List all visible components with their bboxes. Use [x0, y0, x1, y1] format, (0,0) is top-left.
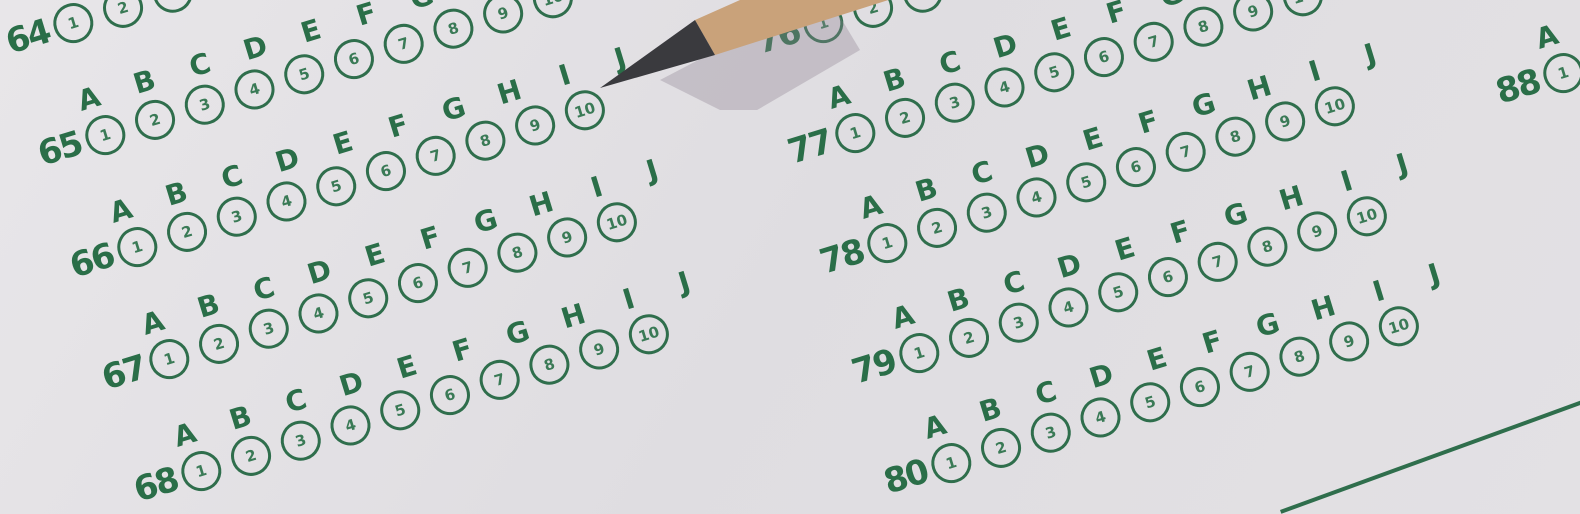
answer-bubble[interactable]: 2	[976, 423, 1026, 473]
answer-bubble[interactable]: 5	[1029, 47, 1079, 97]
answer-bubble[interactable]: 6	[425, 370, 475, 420]
question-row: ABCDEFGHIJ8012345678910	[868, 430, 891, 507]
question-number: 68	[129, 460, 183, 511]
answer-bubble[interactable]: 8	[1210, 112, 1260, 162]
answer-bubble[interactable]: 4	[980, 63, 1030, 113]
answer-bubble[interactable]: 4	[1012, 173, 1062, 223]
answer-bubble[interactable]: 2	[130, 95, 180, 145]
answer-bubble[interactable]: 9	[542, 212, 592, 262]
question-number: 78	[815, 232, 869, 283]
answer-bubble[interactable]: 9	[1292, 206, 1342, 256]
answer-bubble[interactable]: 10	[560, 85, 610, 135]
answer-bubble[interactable]: 7	[443, 243, 493, 293]
question-number: 76	[751, 12, 805, 63]
answer-bubble[interactable]: 8	[460, 116, 510, 166]
answer-bubble[interactable]: 1	[80, 110, 130, 160]
answer-bubble[interactable]: 9	[574, 324, 624, 374]
answer-bubble[interactable]: 1	[798, 0, 848, 48]
choice-letter: J	[1402, 250, 1467, 299]
answer-bubble[interactable]: 4	[262, 177, 312, 227]
answer-bubble[interactable]: 7	[411, 131, 461, 181]
answer-bubble[interactable]: 2	[880, 93, 930, 143]
answer-bubble[interactable]: 5	[311, 161, 361, 211]
answer-bubble[interactable]: 7	[1225, 347, 1275, 397]
answer-bubble[interactable]: 6	[393, 258, 443, 308]
answer-bubble[interactable]: 7	[475, 355, 525, 405]
answer-bubble[interactable]: 2	[226, 431, 276, 481]
question-row: ABCDEFGHIJ7812345678910	[804, 210, 827, 287]
answer-bubble[interactable]: 4	[1044, 283, 1094, 333]
question-number: 66	[65, 236, 119, 287]
answer-bubble[interactable]: 3	[1026, 408, 1076, 458]
answer-bubble[interactable]: 5	[343, 273, 393, 323]
answer-bubble[interactable]: 1	[176, 446, 226, 496]
answer-bubble[interactable]: 2	[944, 313, 994, 363]
answer-bubble[interactable]: 10	[528, 0, 578, 23]
question-number: 88	[1491, 62, 1545, 113]
answer-bubble[interactable]: 1	[894, 328, 944, 378]
answer-bubble[interactable]: 6	[1175, 362, 1225, 412]
answer-bubble[interactable]: 1	[1538, 48, 1580, 98]
question-number: 67	[97, 348, 151, 399]
choice-letter: J	[588, 34, 653, 83]
answer-bubble[interactable]: 9	[1260, 96, 1310, 146]
answer-bubble[interactable]: 3	[276, 416, 326, 466]
answer-bubble[interactable]: 9	[510, 100, 560, 150]
answer-bubble[interactable]: 4	[198, 0, 248, 2]
answer-bubble[interactable]: 3	[244, 304, 294, 354]
answer-bubble[interactable]: 5	[1125, 377, 1175, 427]
question-row: ABCDEFGHIJ7712345678910	[772, 100, 795, 177]
question-number: 65	[33, 124, 87, 175]
answer-bubble[interactable]: 7	[1129, 17, 1179, 67]
answer-bubble[interactable]: 10	[1342, 191, 1392, 241]
answer-bubble[interactable]: 2	[912, 203, 962, 253]
answer-bubble[interactable]: 3	[180, 80, 230, 130]
question-row: ABCDEFGHIJ7612345678910	[740, 0, 763, 67]
answer-bubble[interactable]: 3	[148, 0, 198, 18]
question-row: ABCDEFGHIJ6812345678910	[118, 438, 141, 514]
answer-bubble[interactable]: 4	[948, 0, 998, 2]
answer-bubble[interactable]: 1	[830, 108, 880, 158]
answer-bubble[interactable]: 6	[1143, 252, 1193, 302]
answer-bubble[interactable]: 2	[194, 319, 244, 369]
question-row: ABCDEFGHIJ6712345678910	[86, 326, 109, 403]
question-row: ABCDEFGHIJ7912345678910	[836, 320, 859, 397]
question-row: ABCDEFGHIJ6612345678910	[54, 214, 77, 291]
answer-bubble[interactable]: 6	[1111, 142, 1161, 192]
answer-bubble[interactable]: 3	[994, 298, 1044, 348]
answer-bubble[interactable]: 5	[1061, 157, 1111, 207]
answer-bubble[interactable]: 10	[1278, 0, 1328, 21]
answer-bubble[interactable]: 9	[1228, 0, 1278, 36]
choice-letter: J	[652, 258, 717, 307]
answer-bubble[interactable]: 5	[279, 49, 329, 99]
answer-bubble[interactable]: 3	[930, 78, 980, 128]
answer-bubble[interactable]: 5	[1093, 267, 1143, 317]
answer-bubble[interactable]: 10	[624, 309, 674, 359]
answer-bubble[interactable]: 7	[1193, 237, 1243, 287]
answer-bubble[interactable]: 8	[1274, 332, 1324, 382]
answer-bubble[interactable]: 8	[492, 228, 542, 278]
answer-bubble[interactable]: 1	[862, 218, 912, 268]
answer-bubble[interactable]: 3	[962, 188, 1012, 238]
question-number: 77	[783, 122, 837, 173]
question-row: ABCDEFGHIJ8812345678910	[1480, 40, 1503, 117]
answer-bubble[interactable]: 5	[375, 385, 425, 435]
answer-sheet: ABCDEFGHIJ6412345678910ABCDEFGHIJ6512345…	[0, 0, 1580, 514]
answer-bubble[interactable]: 10	[1374, 301, 1424, 351]
answer-bubble[interactable]: 6	[1079, 32, 1129, 82]
answer-bubble[interactable]: 8	[1242, 222, 1292, 272]
answer-bubble[interactable]: 1	[926, 438, 976, 488]
answer-bubble[interactable]: 4	[294, 289, 344, 339]
answer-bubble[interactable]: 7	[379, 19, 429, 69]
answer-bubble[interactable]: 4	[1076, 393, 1126, 443]
choice-letter: J	[620, 146, 685, 195]
answer-bubble[interactable]: 9	[1324, 316, 1374, 366]
answer-bubble[interactable]: 8	[428, 4, 478, 54]
question-number: 64	[1, 12, 55, 63]
answer-bubble[interactable]: 4	[326, 401, 376, 451]
answer-bubble[interactable]: 3	[898, 0, 948, 18]
answer-bubble[interactable]: 1	[112, 222, 162, 272]
question-number: 80	[879, 452, 933, 503]
answer-bubble[interactable]: 2	[162, 207, 212, 257]
answer-bubble[interactable]: 8	[1178, 2, 1228, 52]
choice-letter: J	[1370, 140, 1435, 189]
answer-bubble[interactable]: 4	[230, 65, 280, 115]
answer-bubble[interactable]: 1	[48, 0, 98, 48]
question-number: 79	[847, 342, 901, 393]
answer-bubble[interactable]: 6	[329, 34, 379, 84]
answer-bubble[interactable]: 3	[212, 192, 262, 242]
question-row: ABCDEFGHIJ6512345678910	[22, 102, 45, 179]
answer-bubble[interactable]: 2	[848, 0, 898, 33]
answer-bubble[interactable]: 1	[144, 334, 194, 384]
answer-bubble[interactable]: 7	[1161, 127, 1211, 177]
choice-letter: J	[1338, 30, 1403, 79]
question-row: ABCDEFGHIJ6412345678910	[0, 0, 13, 67]
answer-bubble[interactable]: 10	[592, 197, 642, 247]
answer-bubble[interactable]: 10	[1310, 81, 1360, 131]
answer-bubble[interactable]: 6	[361, 146, 411, 196]
answer-bubble[interactable]: 8	[524, 340, 574, 390]
answer-bubble[interactable]: 2	[98, 0, 148, 33]
answer-bubble[interactable]: 9	[478, 0, 528, 38]
